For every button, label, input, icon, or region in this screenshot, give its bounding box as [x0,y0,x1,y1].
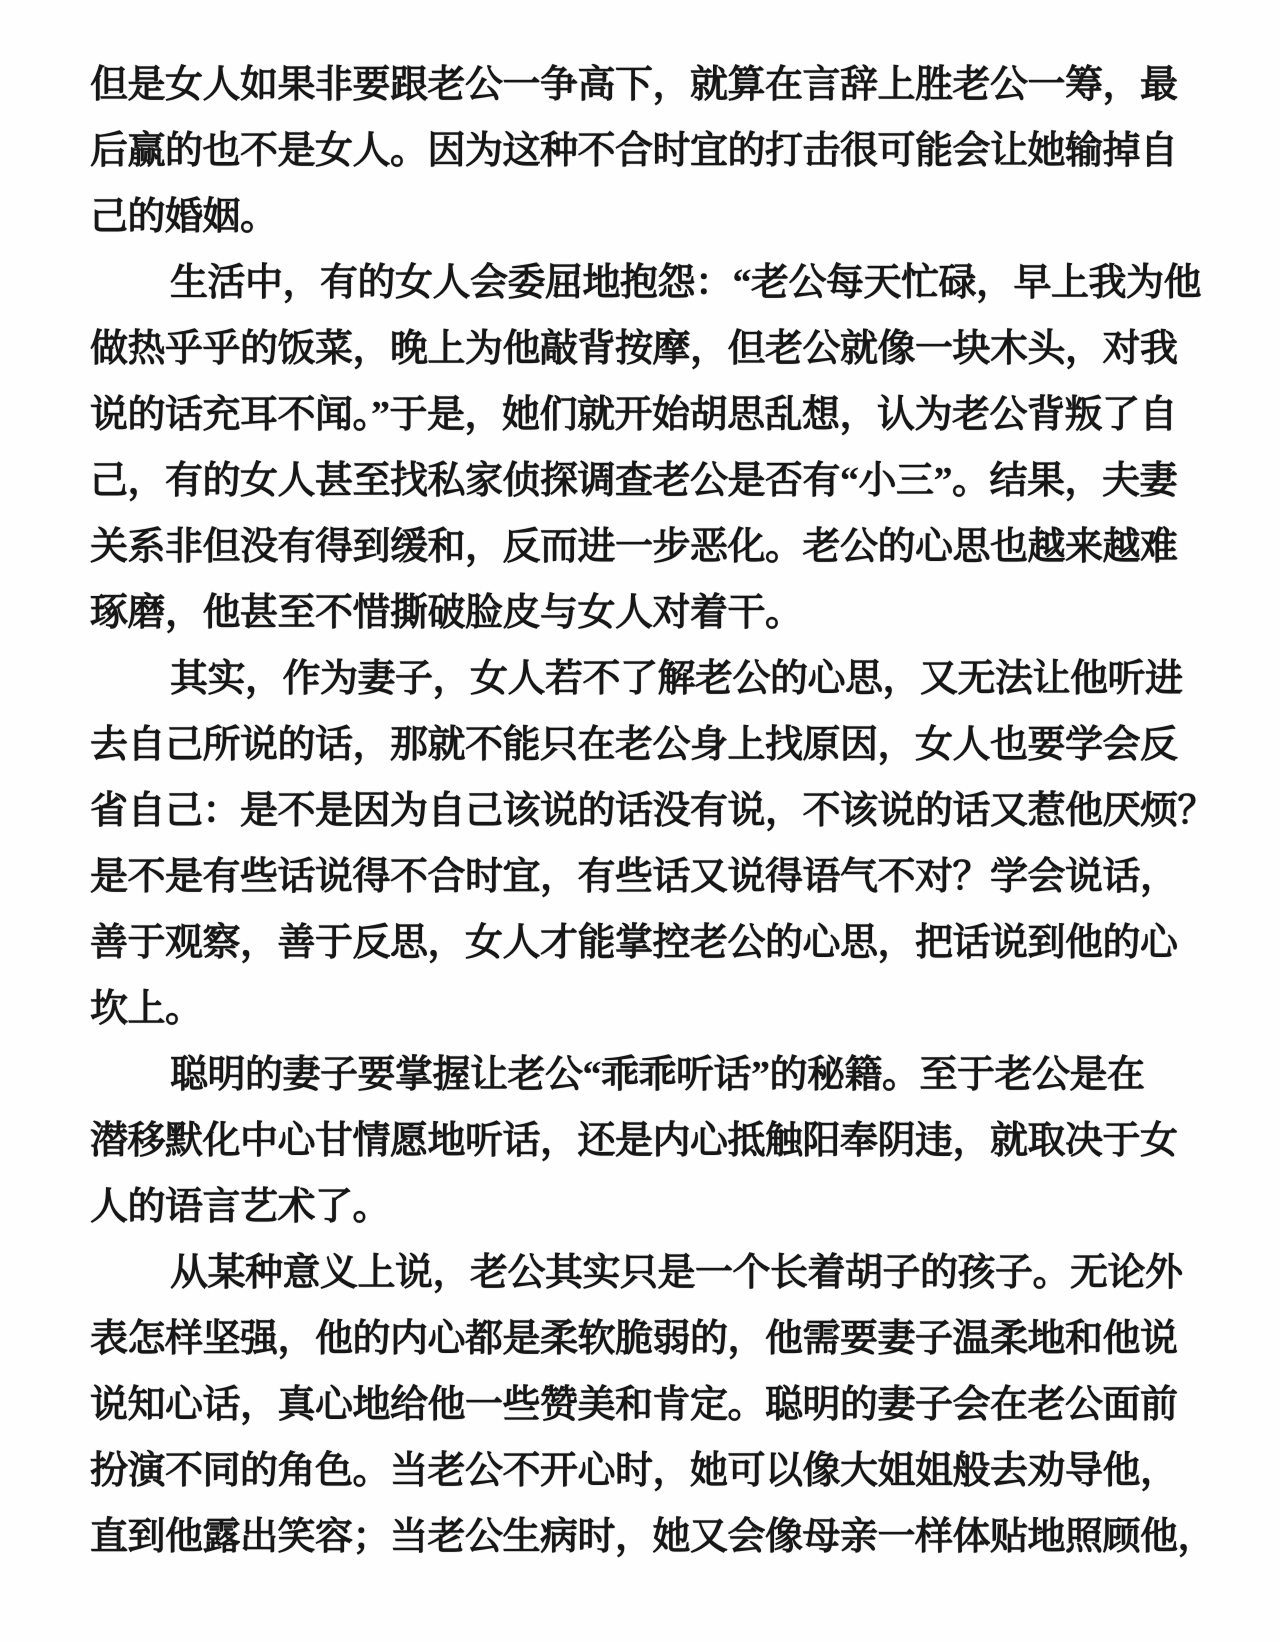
text-line: 生活中，有的女人会委屈地抱怨：“老公每天忙碌，早上我为他 [90,250,1200,316]
text-line: 是不是有些话说得不合时宜，有些话又说得语气不对？学会说话， [90,844,1200,910]
body-text: 但是女人如果非要跟老公一争高下，就算在言辞上胜老公一筹，最 后赢的也不是女人。因… [90,52,1200,1570]
text-line: 潜移默化中心甘情愿地听话，还是内心抵触阳奉阴违，就取决于女 [90,1108,1200,1174]
text-line: 说知心话，真心地给他一些赞美和肯定。聪明的妻子会在老公面前 [90,1372,1200,1438]
book-page: 但是女人如果非要跟老公一争高下，就算在言辞上胜老公一筹，最 后赢的也不是女人。因… [0,0,1280,1642]
text-line: 从某种意义上说，老公其实只是一个长着胡子的孩子。无论外 [90,1240,1200,1306]
text-line: 己的婚姻。 [90,184,1200,250]
text-line: 关系非但没有得到缓和，反而进一步恶化。老公的心思也越来越难 [90,514,1200,580]
text-line: 聪明的妻子要掌握让老公“乖乖听话”的秘籍。至于老公是在 [90,1042,1200,1108]
text-line: 扮演不同的角色。当老公不开心时，她可以像大姐姐般去劝导他， [90,1438,1200,1504]
text-line: 其实，作为妻子，女人若不了解老公的心思，又无法让他听进 [90,646,1200,712]
text-line: 直到他露出笑容；当老公生病时，她又会像母亲一样体贴地照顾他， [90,1504,1200,1570]
text-line: 表怎样坚强，他的内心都是柔软脆弱的，他需要妻子温柔地和他说 [90,1306,1200,1372]
text-line: 琢磨，他甚至不惜撕破脸皮与女人对着干。 [90,580,1200,646]
text-line: 己，有的女人甚至找私家侦探调查老公是否有“小三”。结果，夫妻 [90,448,1200,514]
text-line: 善于观察，善于反思，女人才能掌控老公的心思，把话说到他的心 [90,910,1200,976]
text-line: 人的语言艺术了。 [90,1174,1200,1240]
text-line: 但是女人如果非要跟老公一争高下，就算在言辞上胜老公一筹，最 [90,52,1200,118]
text-line: 说的话充耳不闻。”于是，她们就开始胡思乱想，认为老公背叛了自 [90,382,1200,448]
text-line: 后赢的也不是女人。因为这种不合时宜的打击很可能会让她输掉自 [90,118,1200,184]
text-line: 省自己：是不是因为自己该说的话没有说，不该说的话又惹他厌烦？ [90,778,1200,844]
text-line: 去自己所说的话，那就不能只在老公身上找原因，女人也要学会反 [90,712,1200,778]
text-line: 坎上。 [90,976,1200,1042]
text-line: 做热乎乎的饭菜，晚上为他敲背按摩，但老公就像一块木头，对我 [90,316,1200,382]
